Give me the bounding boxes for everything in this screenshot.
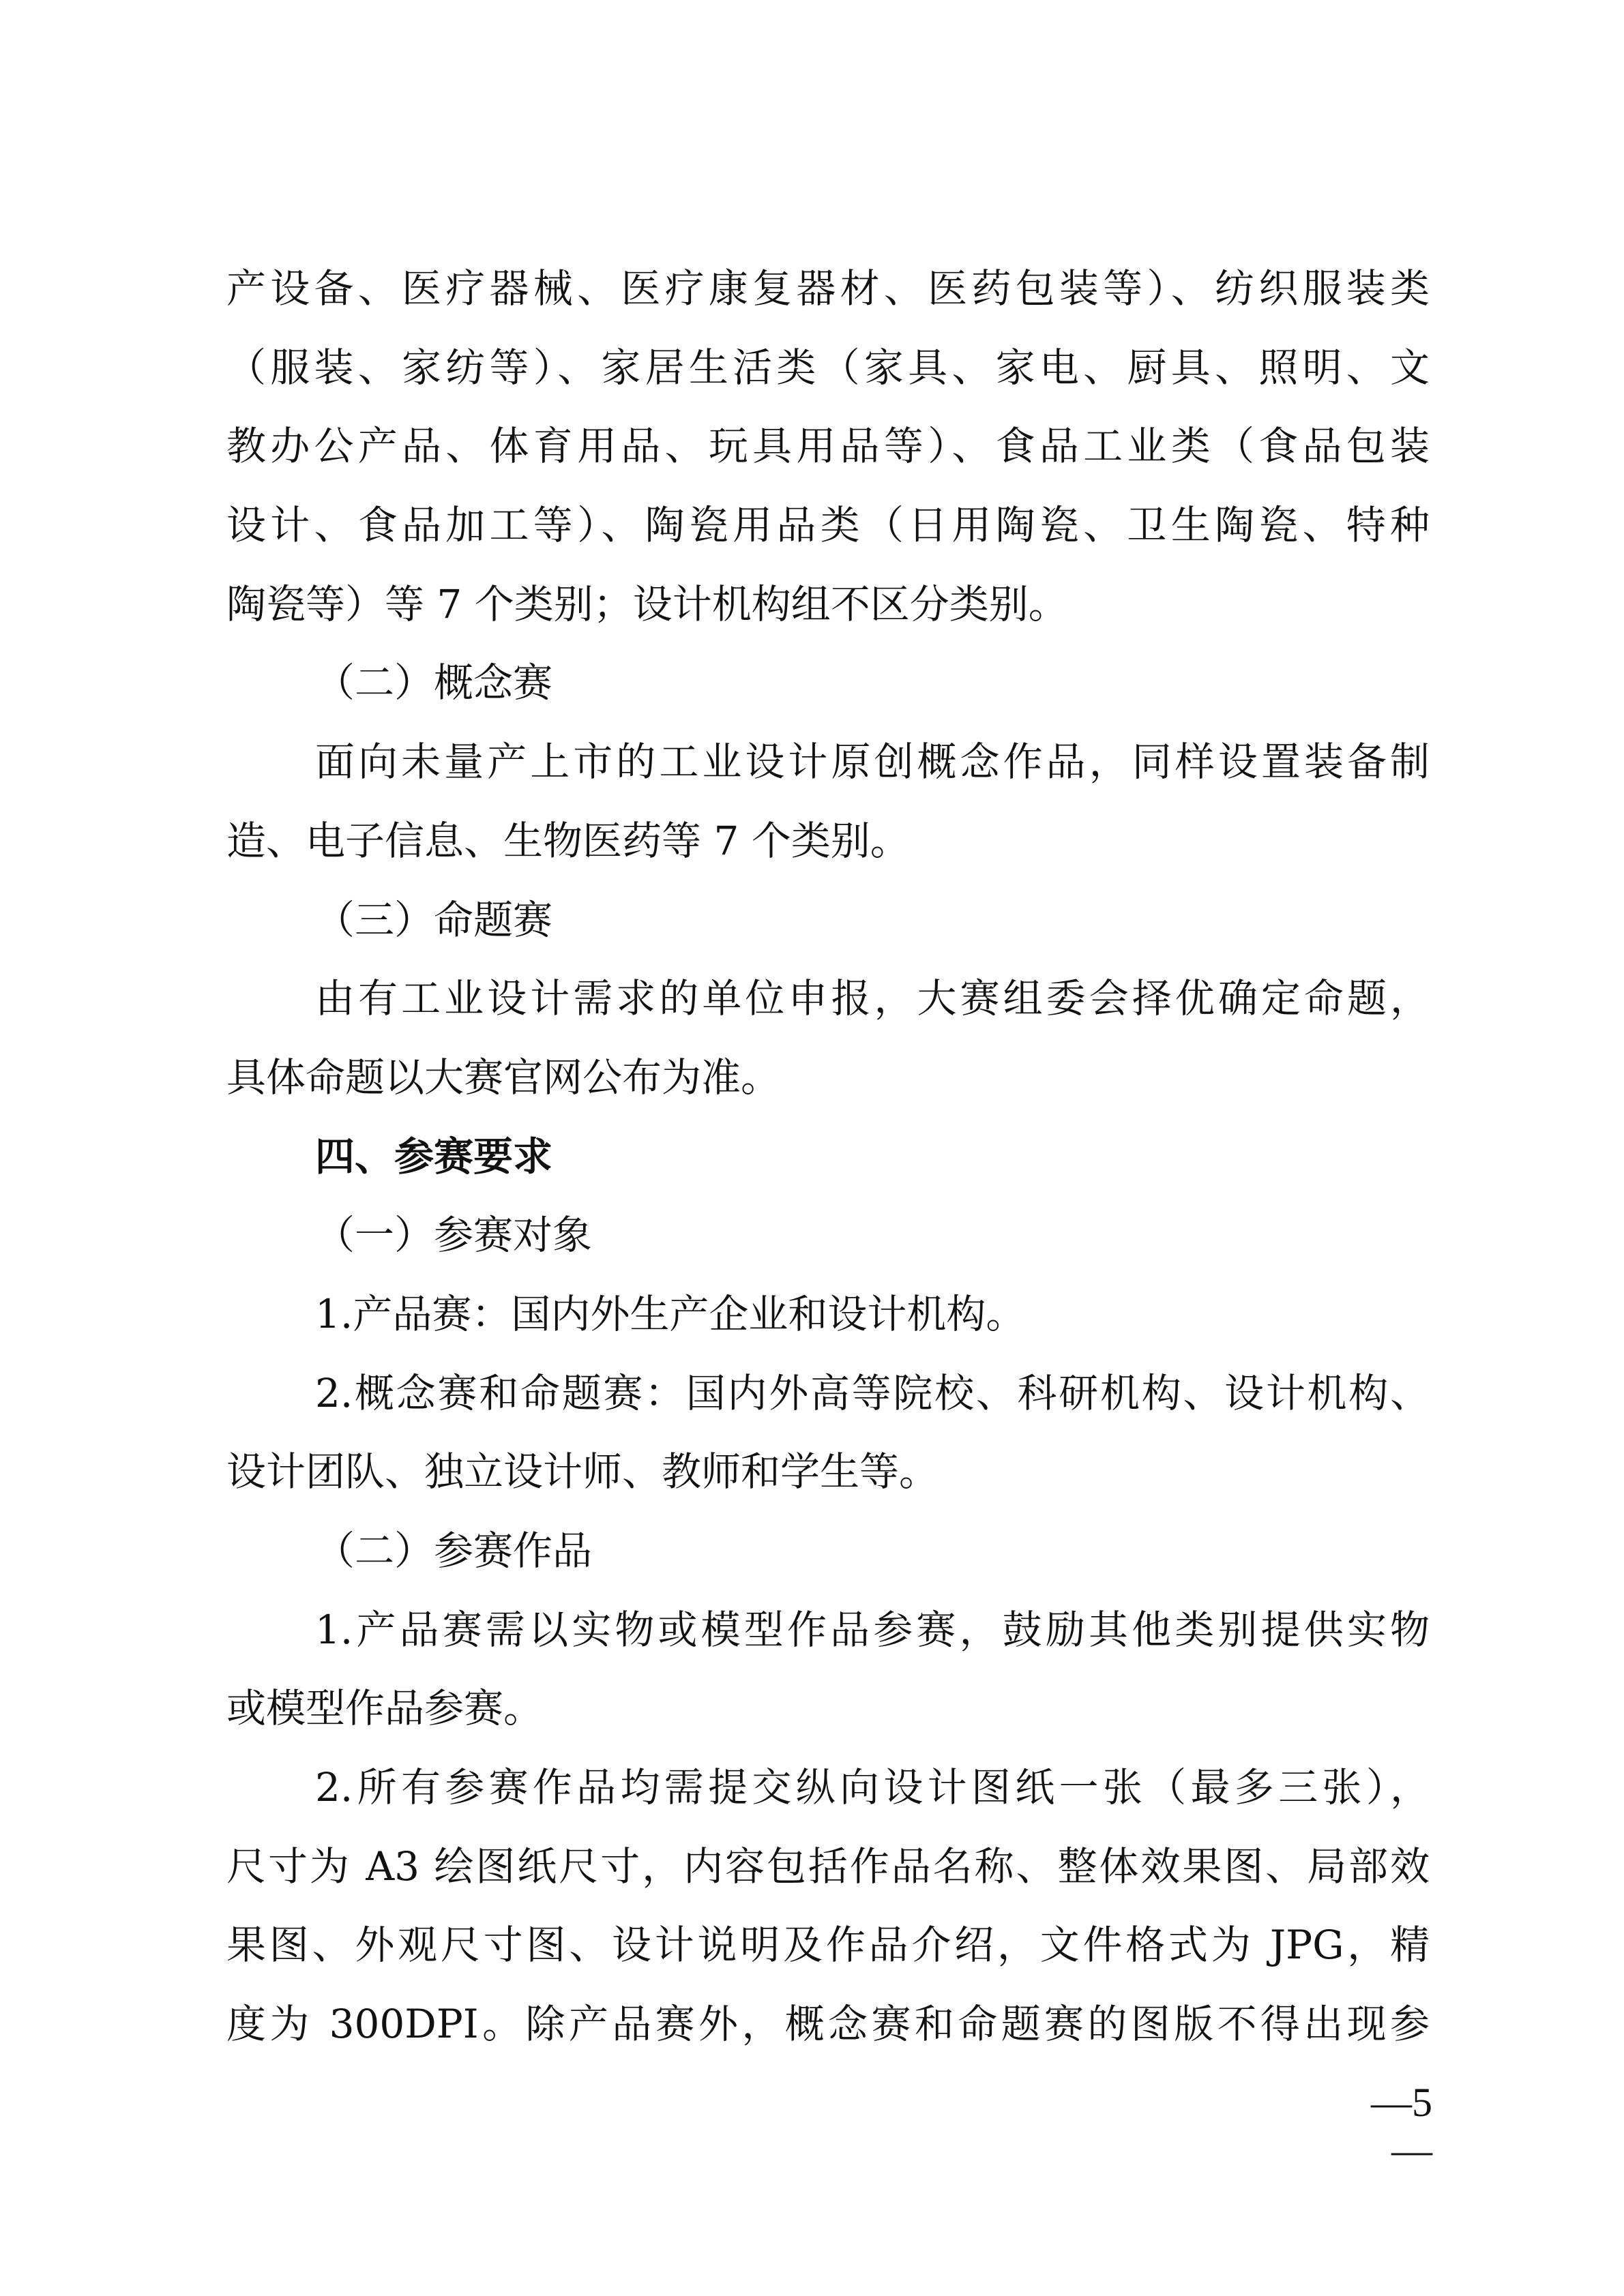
paragraph-line: 设计、食品加工等）、陶瓷用品类（日用陶瓷、卫生陶瓷、特种 [226, 486, 1430, 565]
list-item-continued: 设计团队、独立设计师、教师和学生等。 [226, 1433, 1430, 1512]
subheading-concept-competition: （二）概念赛 [226, 644, 1430, 723]
list-item-continued: 或模型作品参赛。 [226, 1669, 1430, 1748]
paragraph-line: 具体命题以大赛官网公布为准。 [226, 1039, 1430, 1118]
subheading-participants: （一）参赛对象 [226, 1196, 1430, 1275]
list-item: 2.所有参赛作品均需提交纵向设计图纸一张（最多三张）， [226, 1748, 1430, 1828]
list-item-continued: 度为 300DPI。除产品赛外，概念赛和命题赛的图版不得出现参 [226, 1985, 1430, 2064]
list-item: 1.产品赛：国内外生产企业和设计机构。 [226, 1275, 1430, 1354]
list-item: 1.产品赛需以实物或模型作品参赛，鼓励其他类别提供实物 [226, 1591, 1430, 1670]
list-item: 2.概念赛和命题赛：国内外高等院校、科研机构、设计机构、 [226, 1354, 1430, 1433]
section-heading-requirements: 四、参赛要求 [226, 1118, 1430, 1197]
list-item-continued: 尺寸为 A3 绘图纸尺寸，内容包括作品名称、整体效果图、局部效 [226, 1828, 1430, 1907]
document-body: 产设备、医疗器械、医疗康复器材、医药包装等）、纺织服装类 （服装、家纺等）、家居… [226, 250, 1430, 2064]
paragraph-line: 教办公产品、体育用品、玩具用品等）、食品工业类（食品包装 [226, 407, 1430, 486]
paragraph-line: 面向未量产上市的工业设计原创概念作品，同样设置装备制 [226, 723, 1430, 802]
subheading-entries: （二）参赛作品 [226, 1512, 1430, 1591]
paragraph-line: （服装、家纺等）、家居生活类（家具、家电、厨具、照明、文 [226, 329, 1430, 408]
page-number: —5— [1333, 2078, 1432, 2174]
paragraph-line: 由有工业设计需求的单位申报，大赛组委会择优确定命题， [226, 959, 1430, 1039]
paragraph-line-continued-categories: 产设备、医疗器械、医疗康复器材、医药包装等）、纺织服装类 [226, 250, 1430, 329]
list-item-continued: 果图、外观尺寸图、设计说明及作品介绍，文件格式为 JPG，精 [226, 1906, 1430, 1985]
paragraph-line: 陶瓷等）等 7 个类别；设计机构组不区分类别。 [226, 565, 1430, 644]
subheading-proposition-competition: （三）命题赛 [226, 881, 1430, 960]
paragraph-line: 造、电子信息、生物医药等 7 个类别。 [226, 802, 1430, 881]
